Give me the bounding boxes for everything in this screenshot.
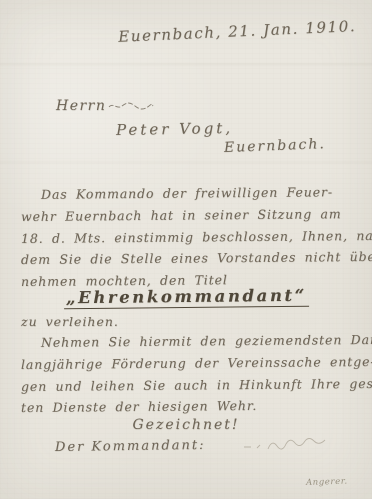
honor-title-line: „Ehrenkommandant“ <box>0 287 372 308</box>
signer-role: Der Kommandant: <box>55 438 206 455</box>
after-title-line: zu verleihen. <box>21 314 119 329</box>
recipient-name: Peter Vogt, <box>116 119 233 139</box>
signed-word: Gezeichnet! <box>0 417 372 433</box>
body-line: langjährige Förderung der Vereinssache e… <box>21 351 367 376</box>
body-line: ten Dienste der hiesigen Wehr. <box>21 394 367 419</box>
pencil-note: Angerer. <box>306 477 348 488</box>
body-line: wehr Euernbach hat in seiner Sitzung am <box>21 203 367 228</box>
date-line: Euernbach, 21. Jan. 1910. <box>118 17 357 46</box>
letter-page: Euernbach, 21. Jan. 1910. Herrn Peter Vo… <box>0 0 372 499</box>
body-paragraph-2: Nehmen Sie hiermit den geziemendsten Dan… <box>21 332 367 419</box>
recipient-place: Euernbach. <box>224 136 326 156</box>
honor-title: „Ehrenkommandant“ <box>63 286 308 310</box>
flourish-icon <box>108 101 154 111</box>
recipient-salutation: Herrn <box>56 98 154 114</box>
signature-scribble-icon <box>242 434 352 456</box>
body-line: Nehmen Sie hiermit den geziemendsten Dan… <box>21 329 367 354</box>
salutation-text: Herrn <box>56 98 106 114</box>
body-line: Das Kommando der freiwilligen Feuer- <box>21 181 367 206</box>
body-paragraph-1: Das Kommando der freiwilligen Feuer- weh… <box>21 184 367 293</box>
